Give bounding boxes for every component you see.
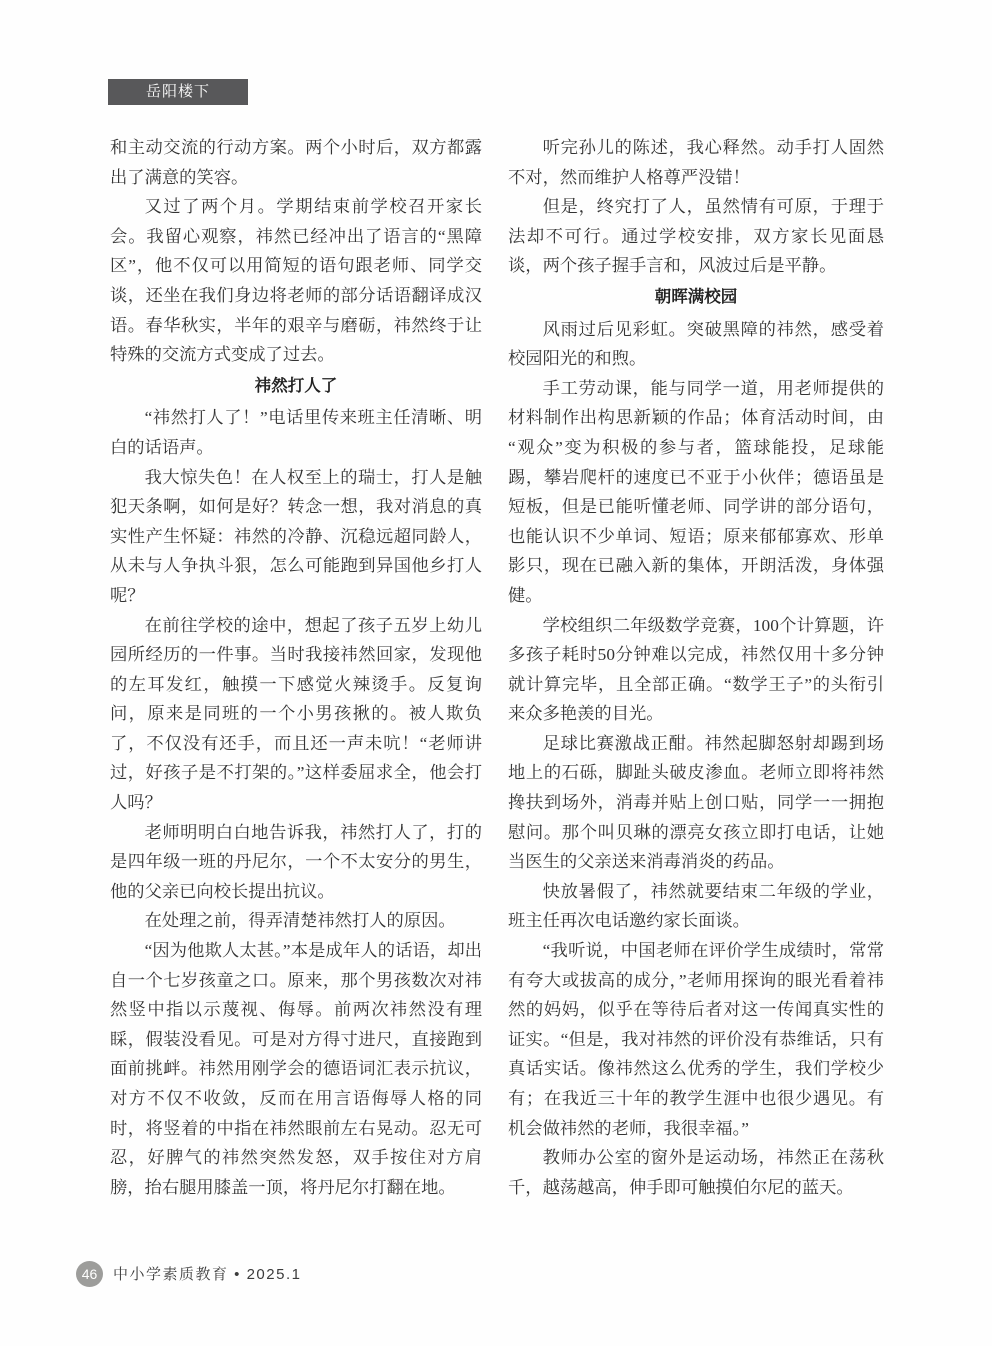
magazine-page: 岳阳楼下 和主动交流的行动方案。两个小时后，双方都露出了满意的笑容。 又过了两个… xyxy=(0,0,992,1346)
paragraph: 在前往学校的途中，想起了孩子五岁上幼儿园所经历的一件事。当时我接祎然回家，发现他… xyxy=(110,611,482,818)
paragraph: 风雨过后见彩虹。突破黑障的祎然，感受着校园阳光的和煦。 xyxy=(508,315,884,374)
section-heading: 朝晖满校园 xyxy=(508,283,884,313)
paragraph: 足球比赛激战正酣。祎然起脚怒射却踢到场地上的石砾，脚趾头破皮渗血。老师立即将祎然… xyxy=(508,729,884,877)
paragraph: 快放暑假了，祎然就要结束二年级的学业，班主任再次电话邀约家长面谈。 xyxy=(508,877,884,936)
paragraph: 学校组织二年级数学竞赛，100个计算题，许多孩子耗时50分钟难以完成，祎然仅用十… xyxy=(508,611,884,729)
paragraph: 我大惊失色！在人权至上的瑞士，打人是触犯天条啊，如何是好？转念一想，我对消息的真… xyxy=(110,463,482,611)
paragraph: 听完孙儿的陈述，我心释然。动手打人固然不对，然而维护人格尊严没错！ xyxy=(508,133,884,192)
left-column: 和主动交流的行动方案。两个小时后，双方都露出了满意的笑容。 又过了两个月。学期结… xyxy=(110,133,482,1202)
paragraph: “祎然打人了！”电话里传来班主任清晰、明白的话语声。 xyxy=(110,403,482,462)
paragraph: “因为他欺人太甚。”本是成年人的话语，却出自一个七岁孩童之口。原来，那个男孩数次… xyxy=(110,936,482,1202)
paragraph: 老师明明白白地告诉我，祎然打人了，打的是四年级一班的丹尼尔，一个不太安分的男生，… xyxy=(110,818,482,907)
section-heading: 祎然打人了 xyxy=(110,372,482,402)
paragraph: 在处理之前，得弄清楚祎然打人的原因。 xyxy=(110,906,482,936)
paragraph: 又过了两个月。学期结束前学校召开家长会。我留心观察，祎然已经冲出了语言的“黑障区… xyxy=(110,192,482,370)
right-column: 听完孙儿的陈述，我心释然。动手打人固然不对，然而维护人格尊严没错！ 但是，终究打… xyxy=(508,133,884,1202)
section-tag-badge: 岳阳楼下 xyxy=(108,79,248,105)
paragraph: 教师办公室的窗外是运动场，祎然正在荡秋千，越荡越高，伸手即可触摸伯尔尼的蓝天。 xyxy=(508,1143,884,1202)
paragraph: 手工劳动课，能与同学一道，用老师提供的材料制作出构思新颖的作品；体育活动时间，由… xyxy=(508,374,884,611)
page-number-badge: 46 xyxy=(76,1261,103,1287)
page-footer: 46 中小学素质教育 • 2025.1 xyxy=(76,1260,301,1287)
paragraph: “我听说，中国老师在评价学生成绩时，常常有夸大或拔高的成分，”老师用探询的眼光看… xyxy=(508,936,884,1143)
journal-title-line: 中小学素质教育 • 2025.1 xyxy=(113,1263,301,1284)
paragraph: 但是，终究打了人，虽然情有可原，于理于法却不可行。通过学校安排，双方家长见面恳谈… xyxy=(508,192,884,281)
paragraph: 和主动交流的行动方案。两个小时后，双方都露出了满意的笑容。 xyxy=(110,133,482,192)
